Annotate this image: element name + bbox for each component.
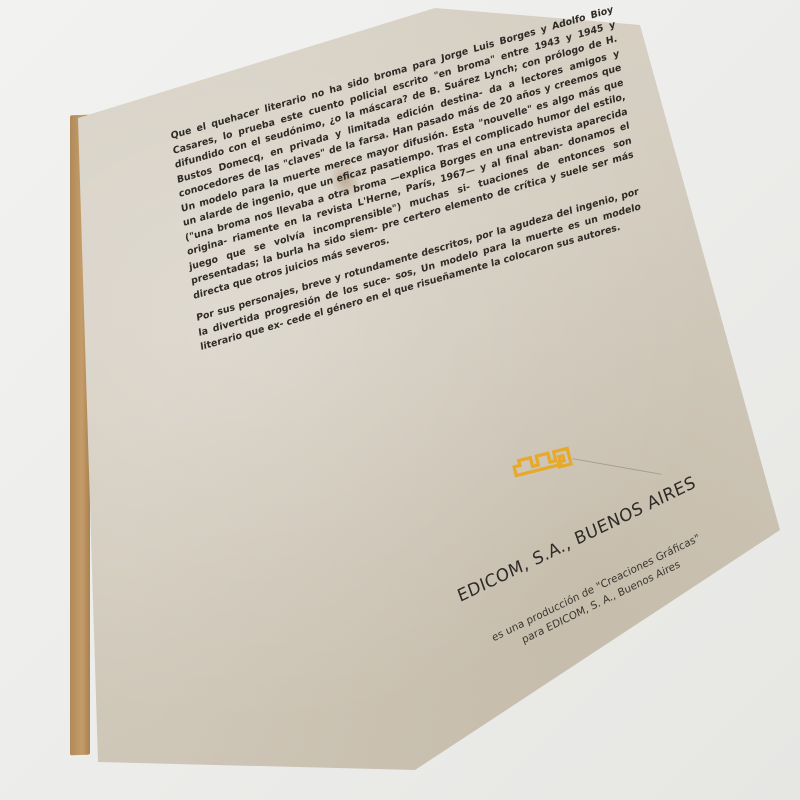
book-back-cover: Que el quehacer literario no ha sido bro…	[0, 0, 800, 800]
